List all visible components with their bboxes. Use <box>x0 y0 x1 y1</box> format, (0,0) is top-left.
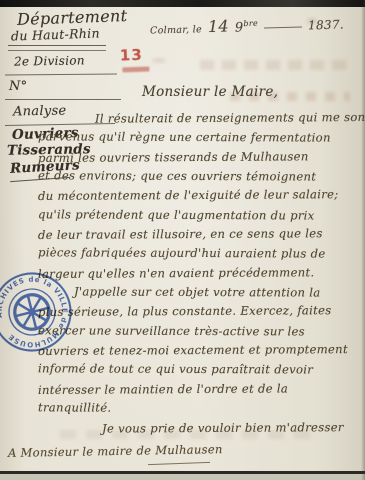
letterhead-rule <box>5 74 117 76</box>
letterhead-number-label: N° <box>9 79 27 94</box>
dateline-dash <box>264 26 302 28</box>
body-line: Je vous prie de vouloir bien m'adresser <box>38 418 360 439</box>
dateline-month-suffix: bre <box>243 18 258 27</box>
body-line: parmi les ouvriers tisserands de Mulhaus… <box>38 147 360 168</box>
body-line: exercer une surveillance très-active sur… <box>38 321 360 342</box>
body-line: J'appelle sur cet objet votre attention … <box>38 282 360 303</box>
body-line: de leur travail est illusoire, en ce sen… <box>38 224 360 245</box>
scan-edge-top <box>0 0 365 7</box>
body-line: Il résulterait de renseignements qui me … <box>38 108 360 129</box>
red-registry-stamp: 13 <box>120 46 150 72</box>
red-stamp-number: 13 <box>120 46 150 65</box>
body-line: qu'ils prétendent que l'augmentation du … <box>38 205 360 226</box>
wheel-icon <box>11 291 53 333</box>
salutation: Monsieur le Maire, <box>142 84 278 100</box>
scan-edge-bottom <box>0 474 365 480</box>
document-scan: Département du Haut-Rhin 2e Division N° … <box>0 0 365 480</box>
dateline-month: 9bre <box>235 18 259 35</box>
address-line: A Monsieur le maire de Mulhausen <box>8 442 223 460</box>
body-line: plus sérieuse, la plus constante. Exerce… <box>38 301 360 322</box>
letter-body: Il résulterait de renseignements qui me … <box>38 109 360 438</box>
dateline-day: 14 <box>208 16 229 36</box>
body-line: parvenus qu'il règne une certaine fermen… <box>38 128 360 149</box>
fox-spot <box>152 58 166 63</box>
scan-edge-right <box>361 0 365 480</box>
address-flourish <box>148 460 210 465</box>
body-line: ouvriers et tenez-moi exactement et prom… <box>38 340 360 361</box>
body-line: largeur qu'elles n'en avaient précédemme… <box>38 263 360 284</box>
body-line: du mécontentement de l'exiguité de leur … <box>38 185 360 206</box>
body-line: tranquillité. <box>38 398 360 419</box>
ink-bleedthrough <box>200 60 350 70</box>
body-line: intéresser le maintien de l'ordre et de … <box>38 379 360 400</box>
body-line: et des environs; que ces ouvriers témoig… <box>38 166 360 187</box>
letterhead-divider <box>8 45 106 51</box>
dateline-year: 1837. <box>308 17 344 32</box>
letterhead-division: 2e Division <box>14 53 85 68</box>
body-line: informé de tout ce qui vous paraîtrait d… <box>38 360 360 381</box>
dateline: Colmar, le 14 9bre 1837. <box>150 13 344 37</box>
body-line: pièces fabriquées aujourd'hui auraient p… <box>38 244 360 265</box>
dateline-place: Colmar, le <box>150 24 202 36</box>
letterhead-rule <box>5 99 121 100</box>
red-stamp-caption <box>122 66 149 71</box>
letterhead-region: du Haut-Rhin <box>11 25 100 43</box>
